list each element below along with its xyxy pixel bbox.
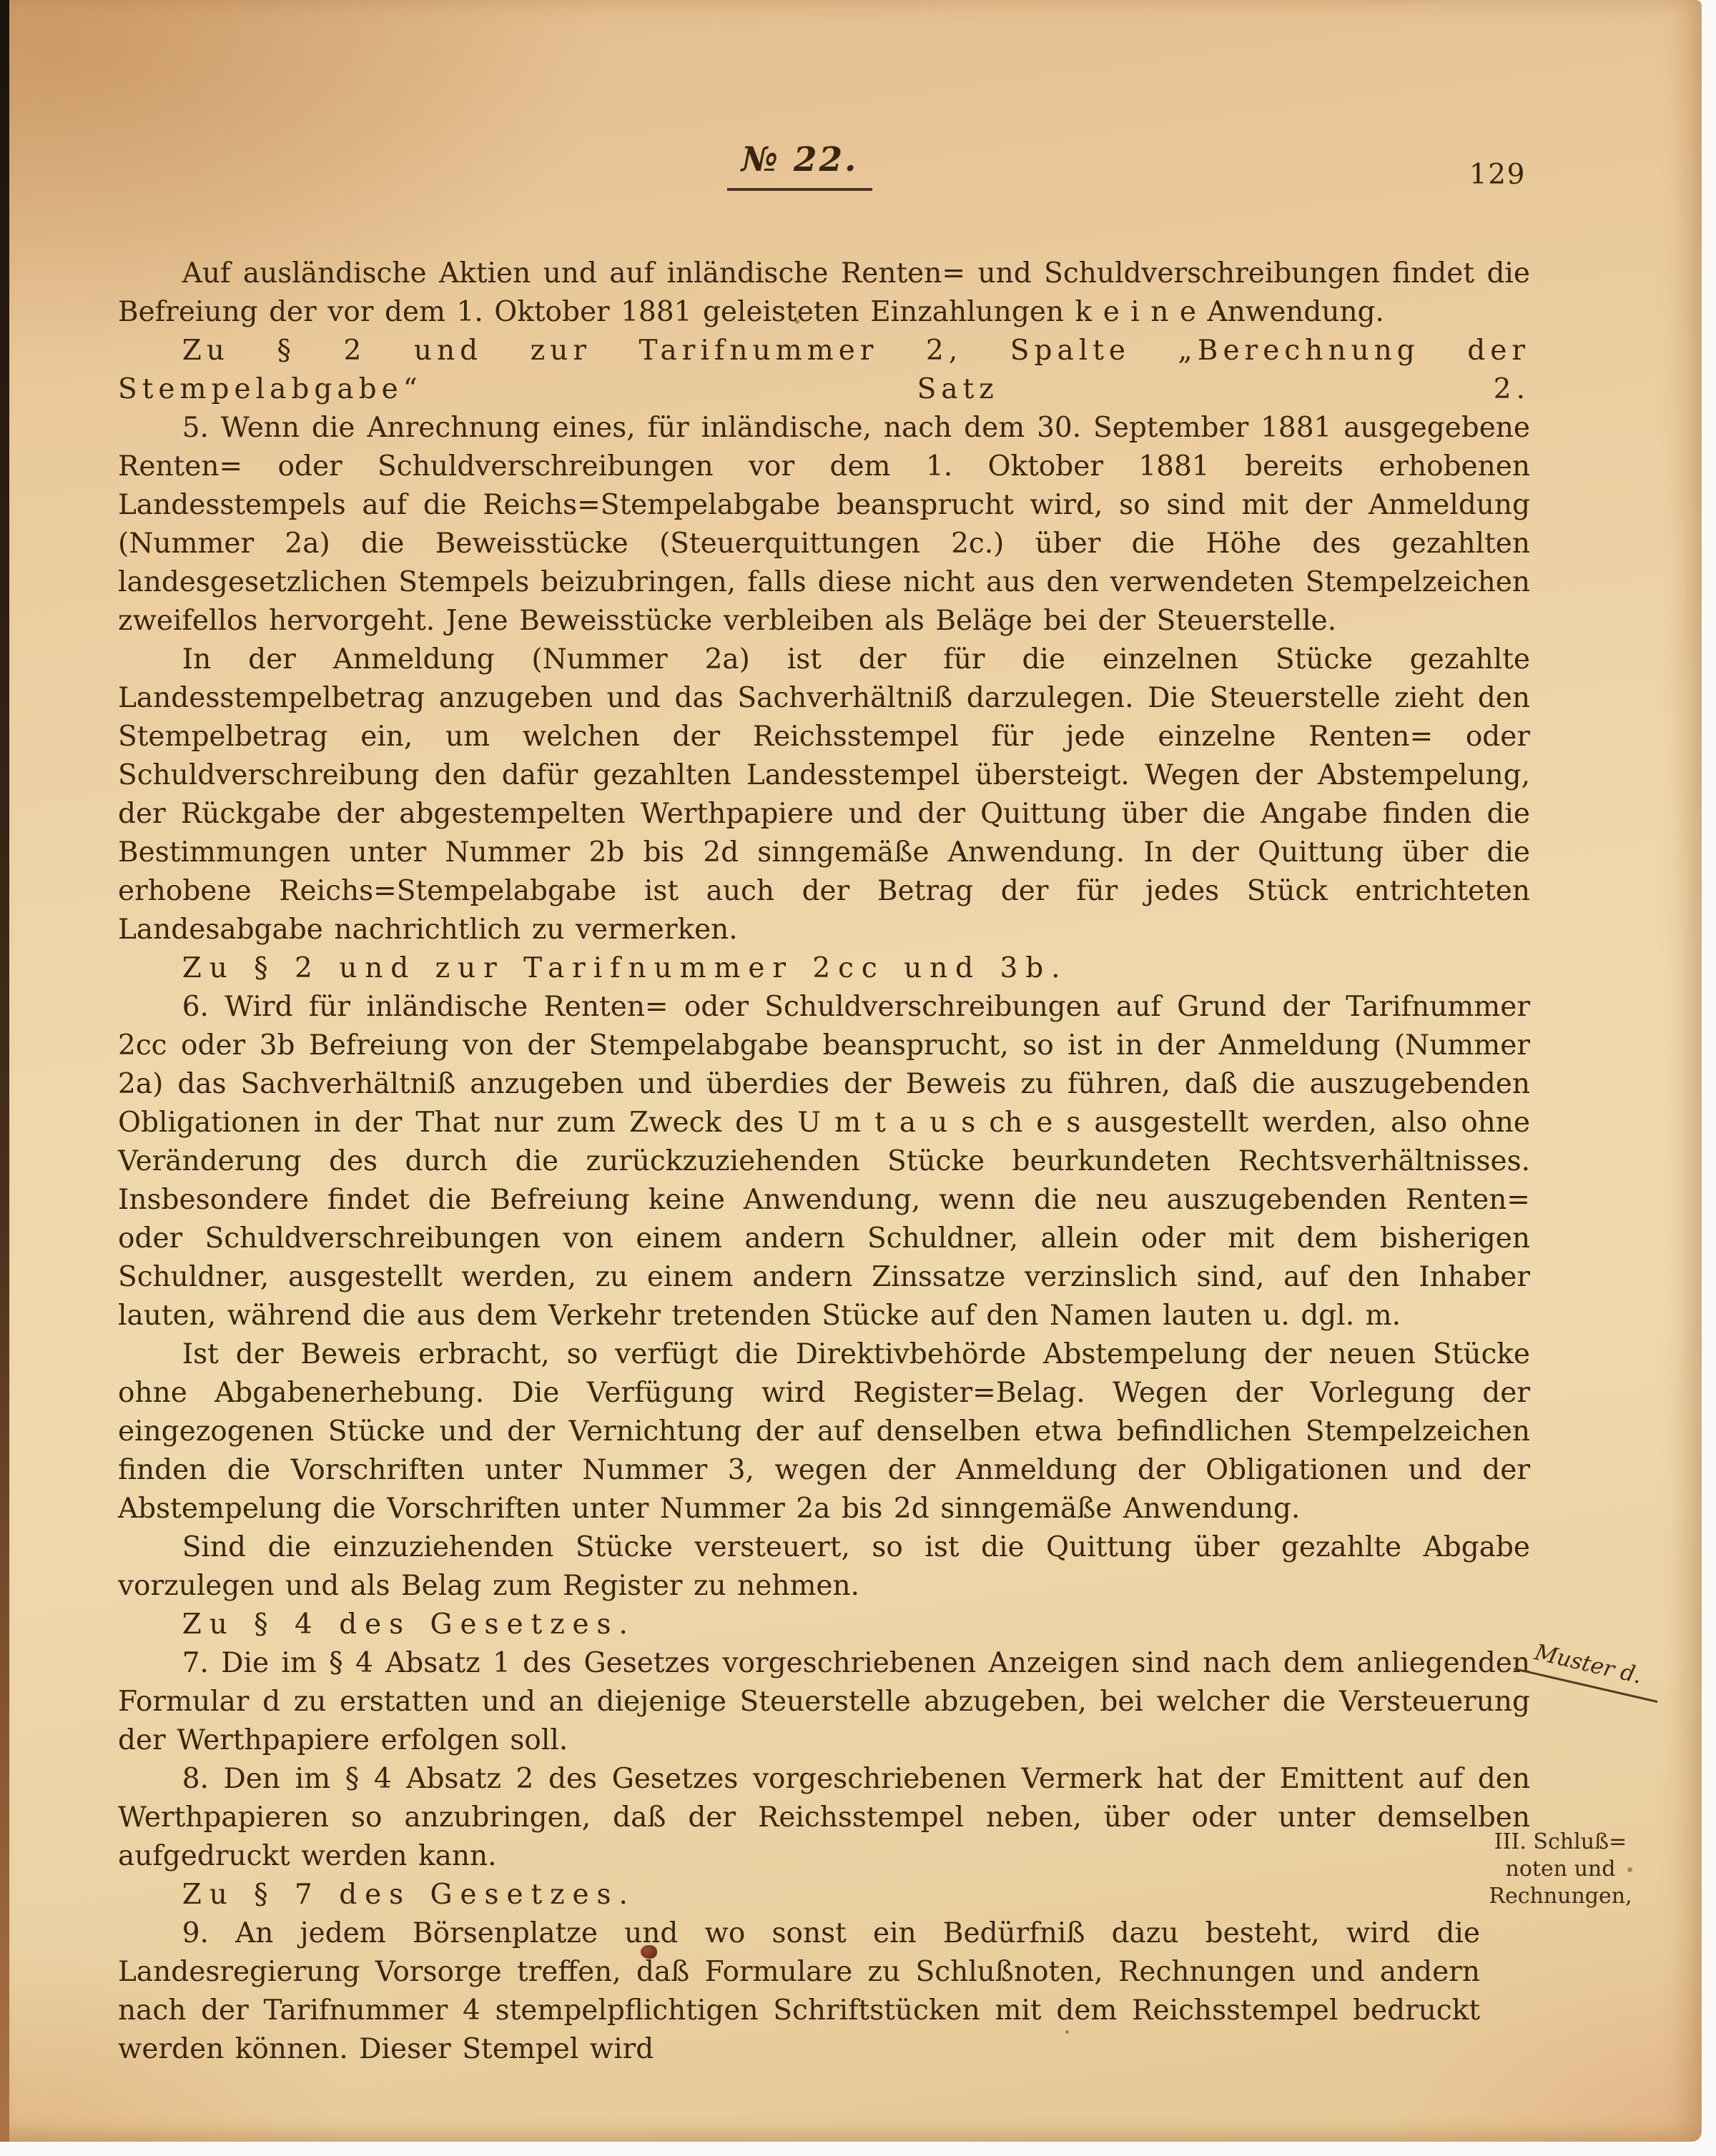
paragraph-5: 5. Wenn die Anrechnung eines, für inländ… (118, 409, 1530, 641)
ink-spot (641, 1945, 657, 1959)
page-header: № 22. 129 (118, 140, 1530, 247)
text-column: № 22. 129 Auf ausländische Aktien und au… (118, 140, 1530, 2069)
paper-speck (1065, 2030, 1069, 2034)
section-heading-4: Zu § 4 des Gesetzes. (118, 1606, 1530, 1644)
paper-speck (795, 320, 799, 324)
paragraph-6: 6. Wird für inländische Renten= oder Sch… (118, 988, 1530, 1335)
paragraph-7: 7. Die im § 4 Absatz 1 des Gesetzes vorg… (118, 1644, 1530, 1760)
paper-speck (1627, 1867, 1632, 1872)
section-heading-7: Zu § 7 des Gesetzes. (118, 1876, 1530, 1914)
paragraph-9: 9. An jedem Börsenplatze und wo sonst ei… (118, 1914, 1530, 2069)
page-left-edge-shadow (0, 0, 9, 2142)
paragraph-anmeldung: In der Anmeldung (Nummer 2a) ist der für… (118, 641, 1530, 949)
paragraph-8: 8. Den im § 4 Absatz 2 des Gesetzes vorg… (118, 1760, 1530, 1876)
paragraph-beweis: Ist der Beweis erbracht, so verfügt die … (118, 1335, 1530, 1528)
page-number: 129 (1469, 159, 1526, 191)
paragraph-versteuert: Sind die einzuziehenden Stücke versteuer… (118, 1528, 1530, 1606)
margin-note-schlussnoten: III. Schluß= noten und Rechnungen, (1487, 1829, 1634, 1910)
scanned-document-page: № 22. 129 Auf ausländische Aktien und au… (0, 0, 1716, 2156)
section-heading-2cc-3b: Zu § 2 und zur Tarifnummer 2cc und 3b. (118, 949, 1530, 988)
section-heading-2-satz2: Zu § 2 und zur Tarifnummer 2, Spalte „Be… (118, 332, 1530, 409)
paragraph-intro: Auf ausländische Aktien und auf inländis… (118, 254, 1530, 332)
document-number-heading: № 22. (727, 140, 872, 191)
